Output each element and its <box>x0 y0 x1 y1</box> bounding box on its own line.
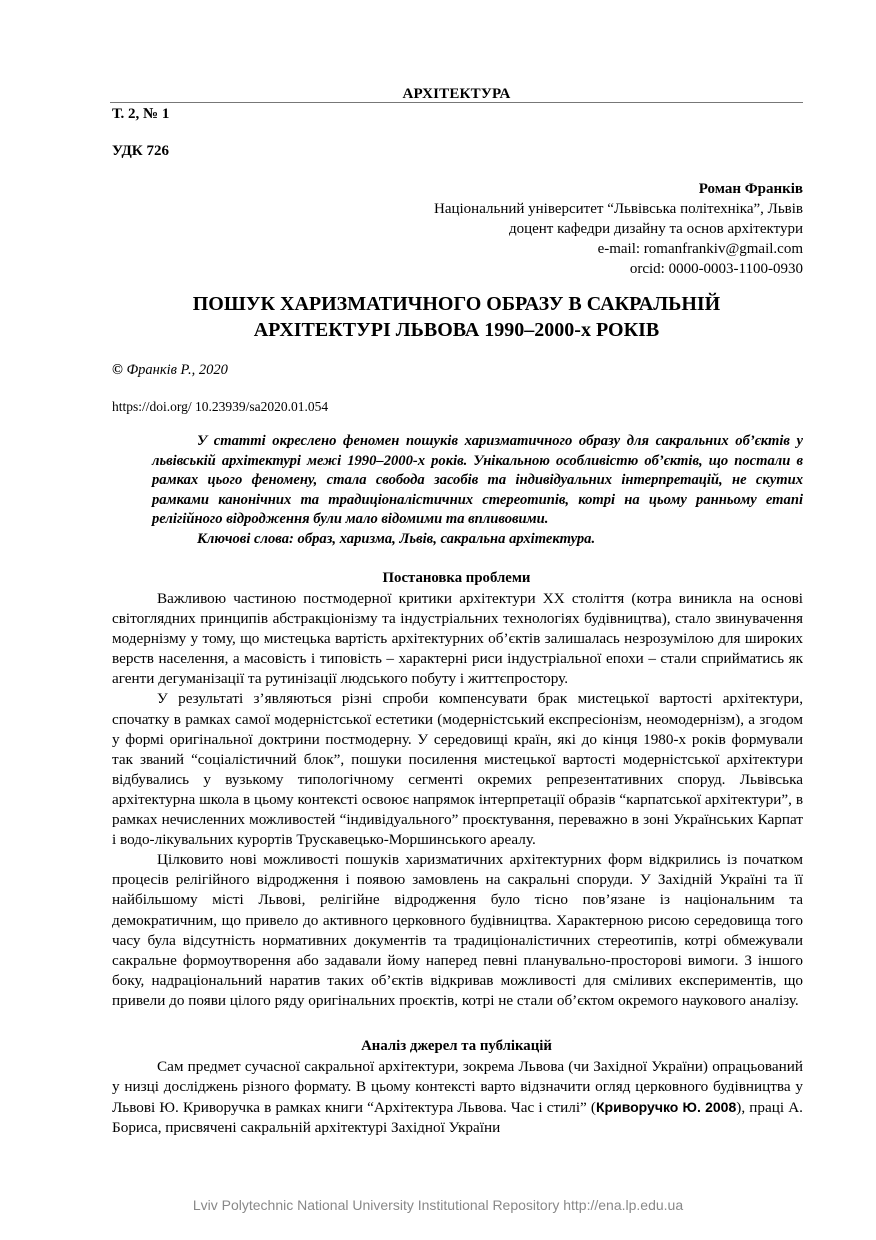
header-divider <box>110 102 803 103</box>
copyright-icon: © <box>112 362 123 378</box>
title-line-2: АРХІТЕКТУРІ ЛЬВОВА 1990–2000-х РОКІВ <box>110 317 803 343</box>
paragraph: Важливою частиною постмодерної критики а… <box>112 589 803 689</box>
paragraph: Сам предмет сучасної сакральної архітект… <box>112 1057 803 1138</box>
abstract-text: У статті окреслено феномен пошуків хариз… <box>152 432 803 530</box>
author-name: Роман Франків <box>434 179 803 199</box>
section-heading-problem: Постановка проблеми <box>110 570 803 587</box>
copyright-line: © Франків Р., 2020 <box>112 362 228 379</box>
copyright-text: Франків Р., 2020 <box>126 362 227 378</box>
udk-code: УДК 726 <box>112 143 169 160</box>
article-title: ПОШУК ХАРИЗМАТИЧНОГО ОБРАЗУ В САКРАЛЬНІЙ… <box>110 291 803 343</box>
volume-number: Т. 2, № 1 <box>112 106 169 123</box>
author-email[interactable]: e-mail: romanfrankiv@gmail.com <box>434 239 803 259</box>
section-body-sources: Сам предмет сучасної сакральної архітект… <box>112 1057 803 1138</box>
doi-link[interactable]: https://doi.org/ 10.23939/sa2020.01.054 <box>112 399 328 415</box>
abstract: У статті окреслено феномен пошуків хариз… <box>152 432 803 550</box>
citation-reference[interactable]: Криворучко Ю. 2008 <box>596 1099 736 1115</box>
author-affiliation: Національний університет “Львівська полі… <box>434 199 803 219</box>
repository-footer: Lviv Polytechnic National University Ins… <box>0 1197 876 1213</box>
author-position: доцент кафедри дизайну та основ архітект… <box>434 219 803 239</box>
title-line-1: ПОШУК ХАРИЗМАТИЧНОГО ОБРАЗУ В САКРАЛЬНІЙ <box>110 291 803 317</box>
paragraph: У результаті з’являються різні спроби ко… <box>112 689 803 850</box>
paragraph: Цілковито нові можливості пошуків харизм… <box>112 850 803 1011</box>
section-heading-sources: Аналіз джерел та публікацій <box>110 1038 803 1055</box>
keywords: Ключові слова: образ, харизма, Львів, са… <box>152 530 803 550</box>
author-orcid: orcid: 0000-0003-1100-0930 <box>434 259 803 279</box>
section-body-problem: Важливою частиною постмодерної критики а… <box>112 589 803 1011</box>
journal-section-header: АРХІТЕКТУРА <box>110 86 803 103</box>
author-block: Роман Франків Національний університет “… <box>434 179 803 279</box>
